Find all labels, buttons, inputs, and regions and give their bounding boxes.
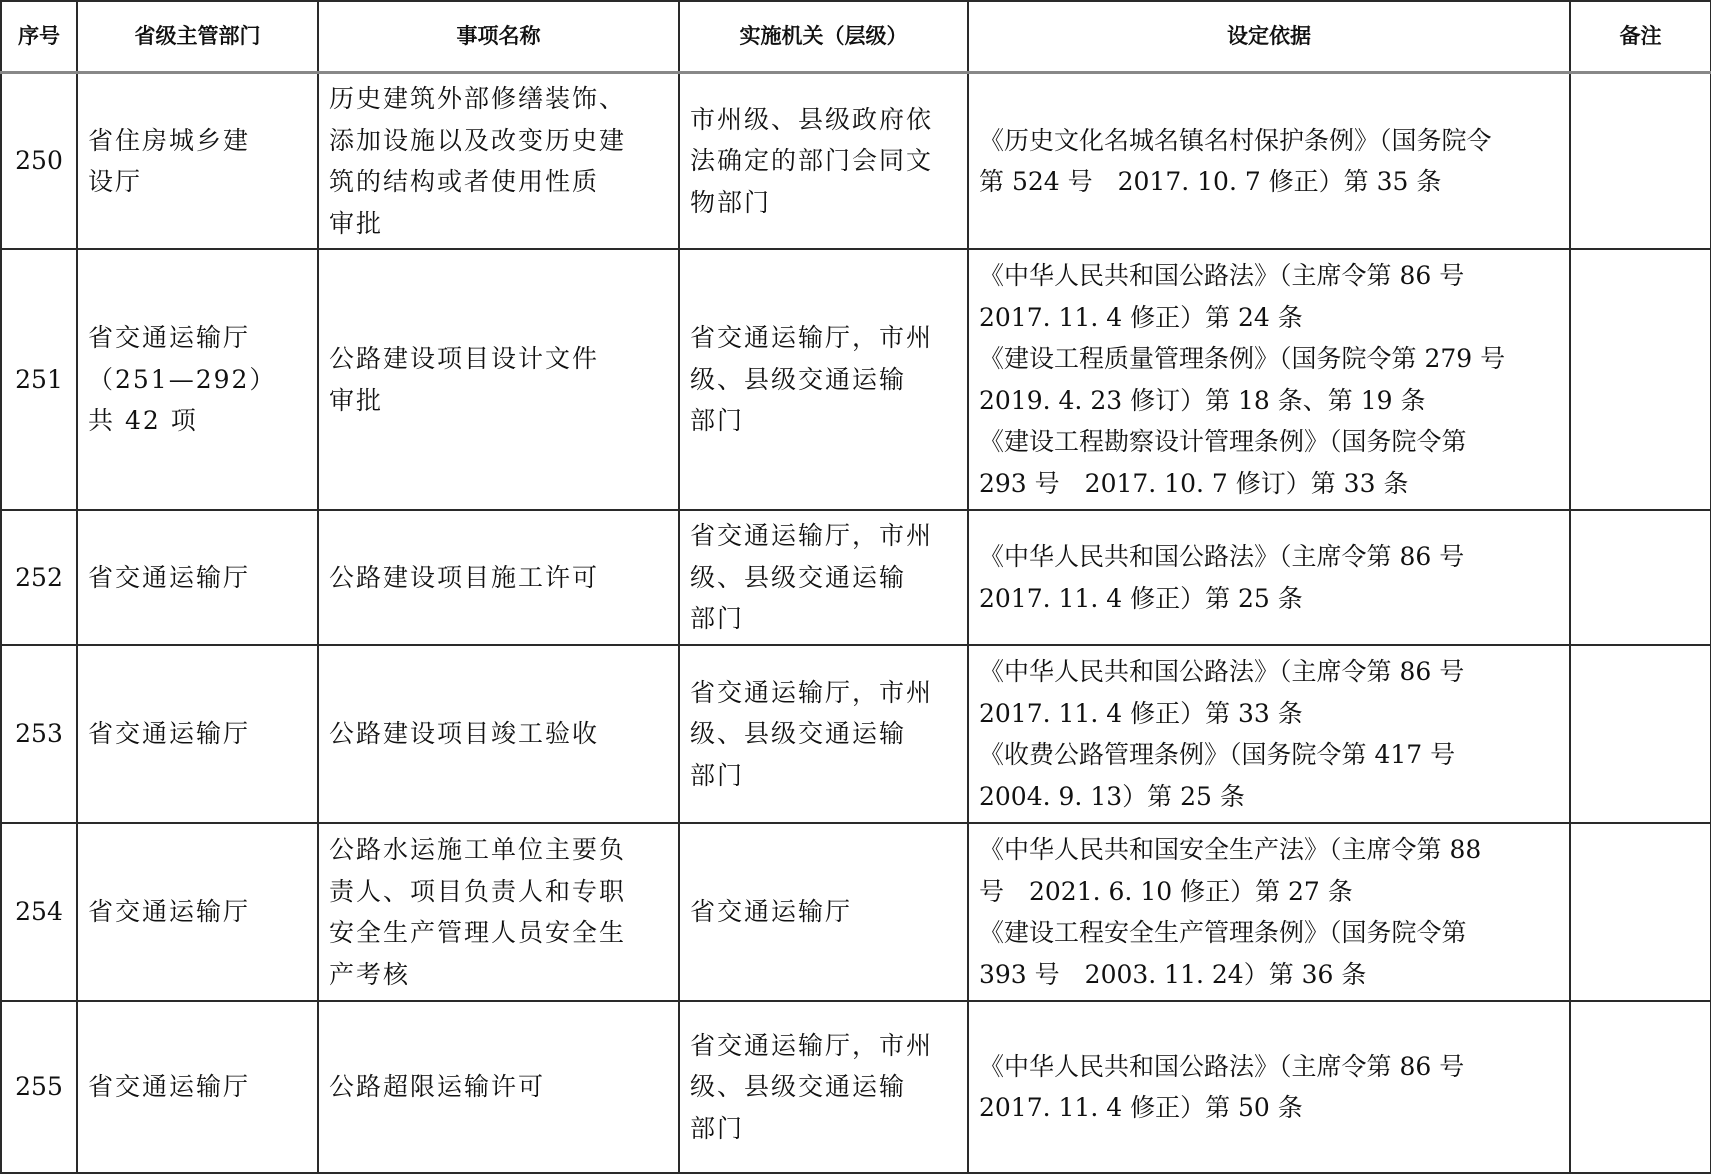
cell-item-name: 历史建筑外部修缮装饰、添加设施以及改变历史建筑的结构或者使用性质审批	[318, 73, 679, 250]
cell-text-line: 部门	[690, 755, 957, 797]
cell-text-line: 2017. 11. 4 修正）第 33 条	[979, 693, 1559, 735]
cell-department: 省交通运输厅	[77, 1001, 318, 1173]
cell-item-name: 公路水运施工单位主要负责人、项目负责人和专职安全生产管理人员安全生产考核	[318, 823, 679, 1001]
cell-text-line: 2019. 4. 23 修订）第 18 条、第 19 条	[979, 380, 1559, 422]
cell-text-line: 审批	[329, 203, 668, 245]
cell-legal-basis: 《中华人民共和国安全生产法》（主席令第 88号 2021. 6. 10 修正）第…	[968, 823, 1570, 1001]
cell-text-line: 物部门	[690, 182, 957, 224]
cell-text-line: 省交通运输厅，市州	[690, 515, 957, 557]
cell-text-line: 省交通运输厅，市州	[690, 1025, 957, 1067]
cell-text-line: 《中华人民共和国公路法》（主席令第 86 号	[979, 536, 1559, 578]
cell-text-line: 省交通运输厅，市州	[690, 317, 957, 359]
cell-seq: 250	[1, 73, 77, 250]
cell-text-line: 公路建设项目施工许可	[329, 557, 668, 599]
cell-text-line: 安全生产管理人员安全生	[329, 912, 668, 954]
cell-text-line: 2017. 11. 4 修正）第 50 条	[979, 1087, 1559, 1129]
cell-seq: 255	[1, 1001, 77, 1173]
cell-legal-basis: 《中华人民共和国公路法》（主席令第 86 号2017. 11. 4 修正）第 2…	[968, 249, 1570, 510]
cell-implementing-body: 市州级、县级政府依法确定的部门会同文物部门	[679, 73, 968, 250]
cell-text-line: 级、县级交通运输	[690, 713, 957, 755]
cell-text-line: 级、县级交通运输	[690, 359, 957, 401]
cell-text-line: 部门	[690, 1108, 957, 1150]
cell-text-line: 法确定的部门会同文	[690, 140, 957, 182]
cell-text-line: 省交通运输厅	[88, 891, 307, 933]
cell-text-line: 责人、项目负责人和专职	[329, 871, 668, 913]
cell-text-line: 省交通运输厅，市州	[690, 672, 957, 714]
cell-text-line: 历史建筑外部修缮装饰、	[329, 78, 668, 120]
cell-seq: 253	[1, 645, 77, 823]
table-header-row: 序号 省级主管部门 事项名称 实施机关（层级） 设定依据 备注	[1, 1, 1711, 73]
cell-text-line: 293 号 2017. 10. 7 修订）第 33 条	[979, 463, 1559, 505]
cell-text-line: 省交通运输厅	[88, 317, 307, 359]
cell-legal-basis: 《中华人民共和国公路法》（主席令第 86 号2017. 11. 4 修正）第 3…	[968, 645, 1570, 823]
header-implementing-body: 实施机关（层级）	[679, 1, 968, 73]
table-row: 253省交通运输厅公路建设项目竣工验收省交通运输厅，市州级、县级交通运输部门《中…	[1, 645, 1711, 823]
cell-text-line: 公路建设项目竣工验收	[329, 713, 668, 755]
cell-item-name: 公路超限运输许可	[318, 1001, 679, 1173]
table-row: 251省交通运输厅（251—292）共 42 项公路建设项目设计文件审批省交通运…	[1, 249, 1711, 510]
cell-item-name: 公路建设项目设计文件审批	[318, 249, 679, 510]
cell-legal-basis: 《历史文化名城名镇名村保护条例》（国务院令第 524 号 2017. 10. 7…	[968, 73, 1570, 250]
header-department: 省级主管部门	[77, 1, 318, 73]
cell-text-line: 2004. 9. 13）第 25 条	[979, 776, 1559, 818]
cell-legal-basis: 《中华人民共和国公路法》（主席令第 86 号2017. 11. 4 修正）第 5…	[968, 1001, 1570, 1173]
cell-item-name: 公路建设项目竣工验收	[318, 645, 679, 823]
cell-department: 省交通运输厅	[77, 823, 318, 1001]
cell-implementing-body: 省交通运输厅，市州级、县级交通运输部门	[679, 249, 968, 510]
cell-text-line: 393 号 2003. 11. 24）第 36 条	[979, 954, 1559, 996]
cell-text-line: 公路建设项目设计文件	[329, 338, 668, 380]
cell-text-line: 级、县级交通运输	[690, 557, 957, 599]
cell-text-line: 公路超限运输许可	[329, 1066, 668, 1108]
cell-text-line: 《收费公路管理条例》（国务院令第 417 号	[979, 734, 1559, 776]
table-row: 255省交通运输厅公路超限运输许可省交通运输厅，市州级、县级交通运输部门《中华人…	[1, 1001, 1711, 1173]
cell-implementing-body: 省交通运输厅，市州级、县级交通运输部门	[679, 1001, 968, 1173]
cell-text-line: 《建设工程勘察设计管理条例》（国务院令第	[979, 421, 1559, 463]
cell-implementing-body: 省交通运输厅，市州级、县级交通运输部门	[679, 645, 968, 823]
cell-remarks	[1570, 1001, 1711, 1173]
cell-remarks	[1570, 510, 1711, 645]
cell-implementing-body: 省交通运输厅	[679, 823, 968, 1001]
cell-text-line: 《历史文化名城名镇名村保护条例》（国务院令	[979, 120, 1559, 162]
header-legal-basis: 设定依据	[968, 1, 1570, 73]
cell-department: 省交通运输厅	[77, 645, 318, 823]
cell-text-line: 级、县级交通运输	[690, 1066, 957, 1108]
cell-remarks	[1570, 249, 1711, 510]
cell-text-line: 部门	[690, 400, 957, 442]
cell-text-line: 设厅	[88, 161, 307, 203]
cell-text-line: 添加设施以及改变历史建	[329, 120, 668, 162]
cell-text-line: 市州级、县级政府依	[690, 99, 957, 141]
cell-text-line: 《建设工程质量管理条例》（国务院令第 279 号	[979, 338, 1559, 380]
cell-seq: 254	[1, 823, 77, 1001]
cell-text-line: 《中华人民共和国公路法》（主席令第 86 号	[979, 1046, 1559, 1088]
cell-text-line: 省交通运输厅	[88, 1066, 307, 1108]
cell-text-line: 省交通运输厅	[88, 713, 307, 755]
cell-text-line: 公路水运施工单位主要负	[329, 829, 668, 871]
cell-implementing-body: 省交通运输厅，市州级、县级交通运输部门	[679, 510, 968, 645]
cell-seq: 251	[1, 249, 77, 510]
cell-remarks	[1570, 645, 1711, 823]
cell-item-name: 公路建设项目施工许可	[318, 510, 679, 645]
cell-text-line: 《中华人民共和国安全生产法》（主席令第 88	[979, 829, 1559, 871]
cell-text-line: 《中华人民共和国公路法》（主席令第 86 号	[979, 651, 1559, 693]
administrative-items-table: 序号 省级主管部门 事项名称 实施机关（层级） 设定依据 备注 250省住房城乡…	[0, 0, 1711, 1174]
cell-text-line: 产考核	[329, 954, 668, 996]
cell-text-line: 《中华人民共和国公路法》（主席令第 86 号	[979, 255, 1559, 297]
header-remarks: 备注	[1570, 1, 1711, 73]
cell-text-line: 第 524 号 2017. 10. 7 修正）第 35 条	[979, 161, 1559, 203]
cell-text-line: 省住房城乡建	[88, 120, 307, 162]
cell-text-line: 省交通运输厅	[690, 891, 957, 933]
cell-remarks	[1570, 73, 1711, 250]
cell-text-line: 筑的结构或者使用性质	[329, 161, 668, 203]
cell-text-line: 2017. 11. 4 修正）第 25 条	[979, 578, 1559, 620]
cell-text-line: 审批	[329, 380, 668, 422]
cell-department: 省交通运输厅（251—292）共 42 项	[77, 249, 318, 510]
table-row: 254省交通运输厅公路水运施工单位主要负责人、项目负责人和专职安全生产管理人员安…	[1, 823, 1711, 1001]
cell-text-line: 省交通运输厅	[88, 557, 307, 599]
cell-text-line: 2017. 11. 4 修正）第 24 条	[979, 297, 1559, 339]
table-row: 252省交通运输厅公路建设项目施工许可省交通运输厅，市州级、县级交通运输部门《中…	[1, 510, 1711, 645]
cell-text-line: 部门	[690, 598, 957, 640]
cell-text-line: 号 2021. 6. 10 修正）第 27 条	[979, 871, 1559, 913]
cell-department: 省交通运输厅	[77, 510, 318, 645]
header-seq: 序号	[1, 1, 77, 73]
header-item-name: 事项名称	[318, 1, 679, 73]
cell-seq: 252	[1, 510, 77, 645]
cell-text-line: 《建设工程安全生产管理条例》（国务院令第	[979, 912, 1559, 954]
cell-legal-basis: 《中华人民共和国公路法》（主席令第 86 号2017. 11. 4 修正）第 2…	[968, 510, 1570, 645]
cell-text-line: 共 42 项	[88, 400, 307, 442]
cell-text-line: （251—292）	[88, 359, 307, 401]
cell-department: 省住房城乡建设厅	[77, 73, 318, 250]
cell-remarks	[1570, 823, 1711, 1001]
table-row: 250省住房城乡建设厅历史建筑外部修缮装饰、添加设施以及改变历史建筑的结构或者使…	[1, 73, 1711, 250]
